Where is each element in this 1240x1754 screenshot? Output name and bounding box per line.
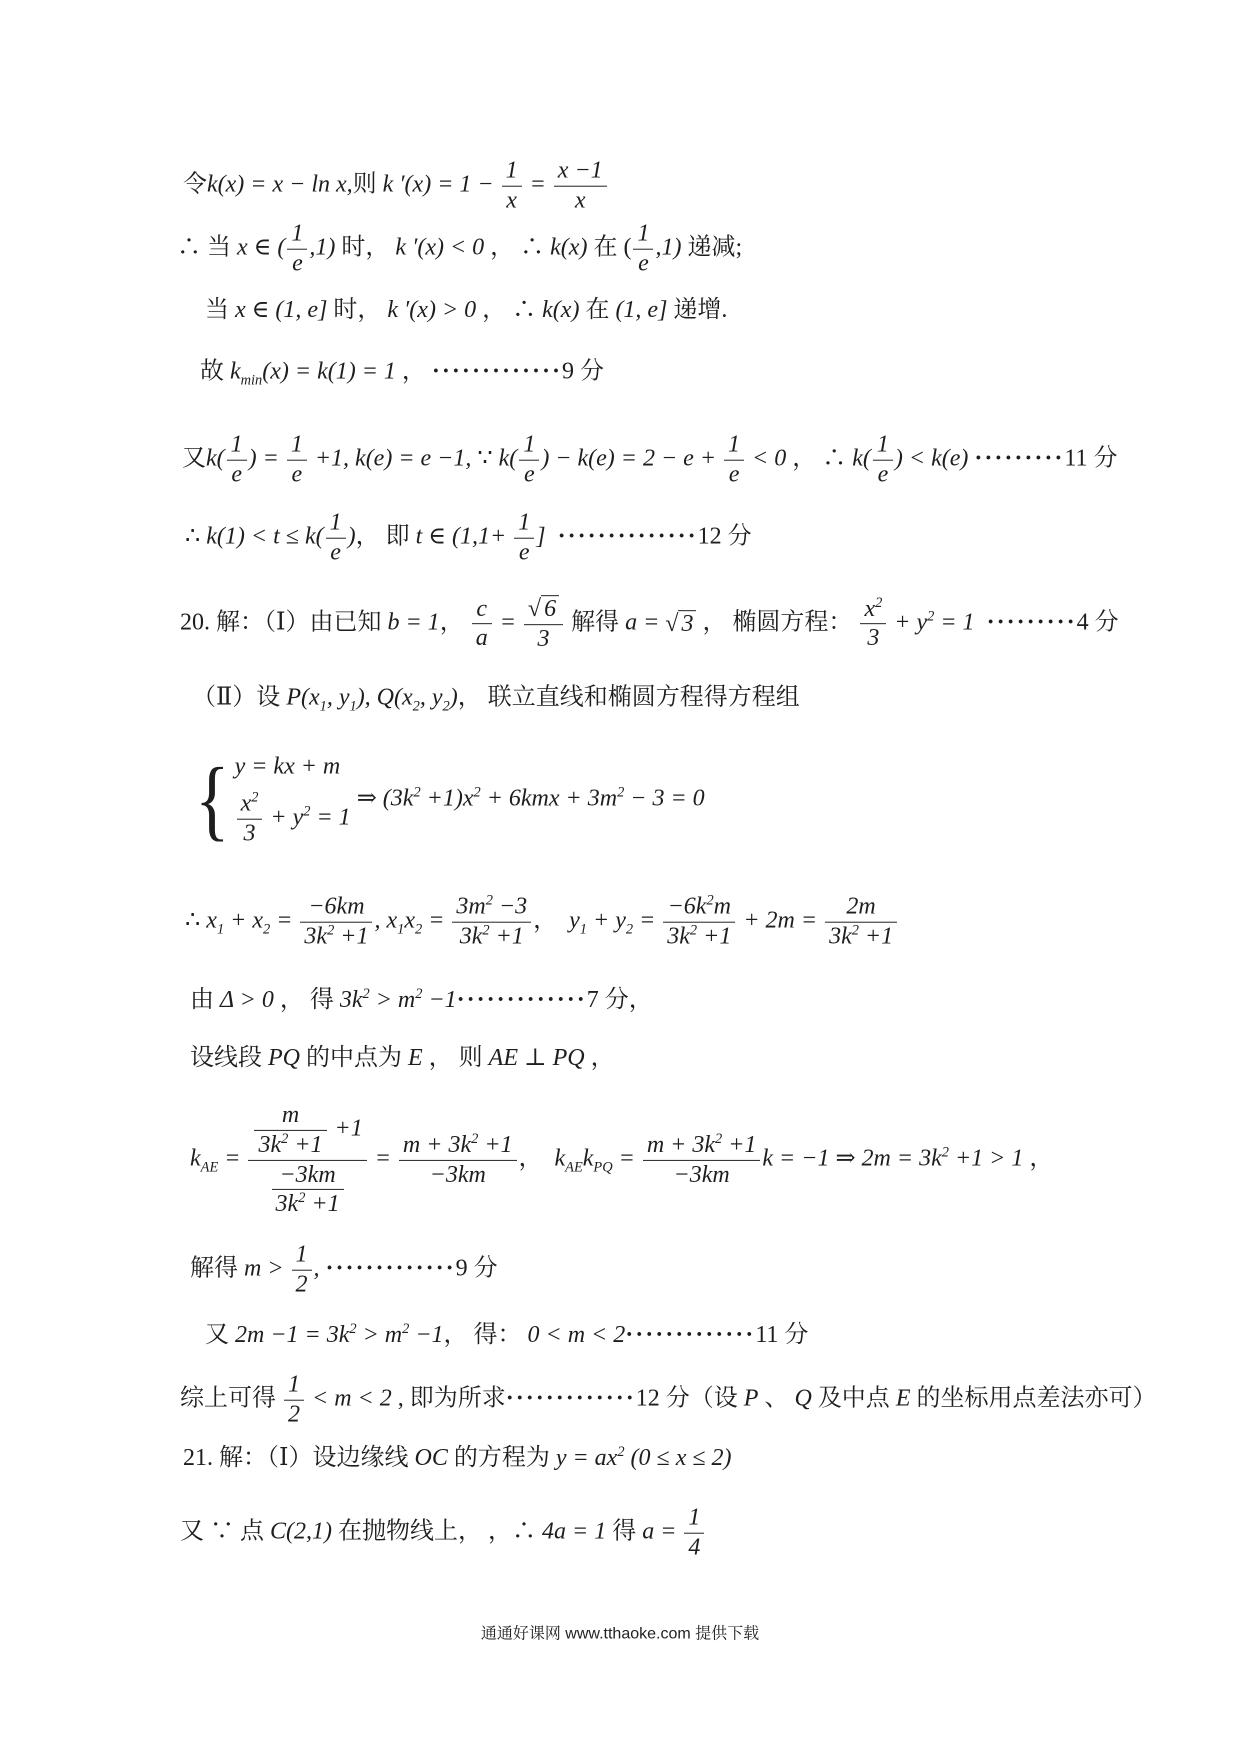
radical-sign: √ bbox=[665, 611, 678, 637]
superscript: 2 bbox=[617, 1444, 624, 1460]
fraction-denominator: −3km bbox=[399, 1160, 517, 1190]
math-italic-text: 1 bbox=[291, 432, 303, 458]
fraction-denominator: e bbox=[287, 249, 307, 279]
math-italic-text: +1 bbox=[334, 924, 368, 950]
subscript: 2 bbox=[443, 698, 450, 714]
math-italic-text: 3k bbox=[340, 987, 363, 1013]
math-italic-text: (x) = k(1) = 1 bbox=[262, 359, 396, 385]
math-line-18: 又 ∵ 点 C(2,1) 在抛物线上， ，∴ 4a = 1 得 a = 14 bbox=[180, 1504, 706, 1563]
plain-text: 9 分 bbox=[562, 359, 604, 385]
math-italic-text: = bbox=[218, 1146, 246, 1172]
fraction-numerator: m bbox=[254, 1101, 326, 1130]
plain-text: ， 联立直线和椭圆方程得方程组 bbox=[458, 685, 800, 711]
math-italic-text: 3 bbox=[867, 626, 879, 652]
math-italic-text: 3k bbox=[829, 924, 852, 950]
fraction: 1e bbox=[517, 431, 541, 490]
math-italic-text: +1)x bbox=[421, 786, 474, 812]
math-italic-text: 1 bbox=[518, 510, 530, 536]
math-italic-text: Q bbox=[794, 1386, 811, 1412]
math-italic-text: , bbox=[314, 1256, 326, 1282]
fraction: 1e bbox=[722, 431, 746, 490]
math-italic-text: k ′(x) = 1 − bbox=[377, 172, 500, 198]
fraction-denominator: 3k2 +1 bbox=[300, 922, 372, 952]
math-line-12: 设线段 PQ 的中点为 E ， 则 AE ⊥ PQ ， bbox=[190, 1043, 615, 1073]
plain-text: 及中点 bbox=[812, 1386, 896, 1412]
math-italic-text: k( bbox=[499, 446, 518, 472]
math-italic-text: + 2m = bbox=[737, 908, 823, 934]
math-italic-text: 6 bbox=[544, 596, 556, 622]
plain-text: 在 ( bbox=[587, 235, 631, 261]
plain-text: 解得 bbox=[565, 610, 625, 636]
math-italic-text: t ∈ (1,1+ bbox=[416, 524, 513, 550]
math-italic-text: k(1) < t ≤ k( bbox=[206, 524, 323, 550]
document-page: 令k(x) = x − ln x,则 k ′(x) = 1 − 1x = x −… bbox=[0, 0, 1240, 1754]
fraction: √63 bbox=[522, 594, 565, 654]
fraction: −3km3k2 +1 bbox=[270, 1161, 346, 1220]
plain-text: ， bbox=[533, 908, 569, 934]
math-italic-text: ] bbox=[536, 524, 557, 550]
math-italic-text: 3m bbox=[456, 894, 485, 920]
math-italic-text: k( bbox=[206, 446, 225, 472]
math-italic-text: c bbox=[476, 596, 487, 622]
fraction-denominator: 2 bbox=[292, 1270, 312, 1300]
math-line-5: 又k(1e) = 1e +1, k(e) = e −1, ∵ k(1e) − k… bbox=[182, 431, 1118, 490]
math-italic-text: x bbox=[864, 596, 875, 622]
plain-text: 当 bbox=[205, 297, 229, 323]
fraction-denominator: e bbox=[724, 460, 744, 490]
math-italic-text: 2m bbox=[846, 894, 875, 920]
math-italic-text: = bbox=[422, 908, 450, 934]
plain-text: 12 分（设 bbox=[636, 1386, 744, 1412]
plain-text: 21. 解：（Ⅰ）设边缘线 bbox=[183, 1445, 414, 1471]
math-italic-text: k bbox=[583, 1146, 594, 1172]
math-italic-text: (1, e] bbox=[615, 297, 667, 323]
plain-text: ， 即 bbox=[356, 524, 416, 550]
plain-text: ， bbox=[1023, 1146, 1053, 1172]
plain-text: ， bbox=[585, 1045, 615, 1071]
math-italic-text: x bbox=[575, 188, 586, 214]
math-italic-text: ,1) bbox=[309, 235, 335, 261]
subscript: min bbox=[241, 372, 263, 388]
fraction-denominator: 3k2 +1 bbox=[825, 922, 897, 952]
math-italic-text: PQ bbox=[268, 1045, 300, 1071]
math-line-17: 21. 解：（Ⅰ）设边缘线 OC 的方程为 y = ax2 (0 ≤ x ≤ 2… bbox=[183, 1443, 732, 1473]
math-italic-text: = bbox=[524, 172, 552, 198]
fraction-numerator: −3km bbox=[272, 1161, 344, 1190]
fraction: −6k2m3k2 +1 bbox=[661, 893, 737, 952]
math-italic-text: = bbox=[494, 610, 522, 636]
math-line-9: {y = kx + mx23 + y2 = 1 ⇒ (3k2 +1)x2 + 6… bbox=[195, 752, 705, 849]
math-italic-text: e bbox=[524, 462, 535, 488]
math-italic-text: , y bbox=[327, 685, 350, 711]
math-italic-text: k bbox=[190, 1146, 201, 1172]
superscript: 2 bbox=[413, 785, 420, 801]
fraction: m3k2 +1 +1−3km3k2 +1 bbox=[246, 1101, 368, 1219]
superscript: 2 bbox=[942, 1145, 949, 1161]
math-italic-text: 3 bbox=[243, 821, 255, 847]
plain-text: 4 分 bbox=[1077, 610, 1119, 636]
math-italic-text: = bbox=[369, 1146, 397, 1172]
fraction-numerator: 1 bbox=[287, 220, 307, 249]
math-line-8: （Ⅱ）设 P(x1, y1), Q(x2, y2)， 联立直线和椭圆方程得方程组 bbox=[192, 683, 800, 716]
math-italic-text: x −1 bbox=[558, 158, 603, 184]
fraction: m + 3k2 +1−3km bbox=[641, 1131, 763, 1190]
math-italic-text: k = −1 ⇒ 2m = 3k bbox=[762, 1146, 941, 1172]
math-italic-text: ), Q(x bbox=[357, 685, 413, 711]
plain-text: 由 bbox=[190, 987, 214, 1013]
math-italic-text: 1 bbox=[330, 510, 342, 536]
math-italic-text: C(2,1) bbox=[270, 1519, 332, 1545]
math-italic-text: +1 bbox=[722, 1132, 756, 1158]
fraction-denominator: e bbox=[227, 460, 247, 490]
fraction-numerator: x −1 bbox=[554, 157, 607, 186]
system-rows: y = kx + mx23 + y2 = 1 bbox=[235, 752, 351, 849]
math-italic-text: AE ⊥ PQ bbox=[489, 1045, 585, 1071]
math-italic-text: k bbox=[555, 1146, 566, 1172]
math-italic-text: m > bbox=[244, 1256, 290, 1282]
radical-sign: √ bbox=[528, 596, 541, 622]
subscript: 2 bbox=[626, 921, 633, 937]
fraction-denominator: 3 bbox=[860, 624, 886, 654]
math-italic-text: Δ > 0 bbox=[214, 987, 274, 1013]
fraction-denominator: 3k2 +1 bbox=[254, 1130, 326, 1160]
math-italic-text: < 0 bbox=[746, 446, 786, 472]
math-italic-text: 1 bbox=[523, 432, 535, 458]
fraction-numerator: −6km bbox=[300, 893, 372, 922]
math-italic-text: a = bbox=[625, 610, 665, 636]
system-row: x23 + y2 = 1 bbox=[235, 790, 351, 849]
math-line-13: kAE = m3k2 +1 +1−3km3k2 +1 = m + 3k2 +1−… bbox=[190, 1101, 1053, 1219]
math-italic-text: −3km bbox=[430, 1162, 486, 1188]
superscript: 2 bbox=[875, 595, 882, 611]
math-italic-text: k(x) bbox=[550, 235, 587, 261]
math-italic-text: +1 bbox=[288, 1132, 322, 1158]
math-italic-text: 3k bbox=[304, 924, 327, 950]
math-italic-text: 1 bbox=[231, 432, 243, 458]
math-italic-text: −3km bbox=[674, 1162, 730, 1188]
math-italic-text: 3 bbox=[681, 611, 693, 637]
math-italic-text: +1 bbox=[305, 1191, 339, 1217]
fraction-numerator: 1 bbox=[292, 1241, 312, 1270]
math-italic-text: 2m −1 = 3k bbox=[235, 1322, 349, 1348]
fraction-denominator: 3k2 +1 bbox=[663, 922, 735, 952]
fraction: ca bbox=[470, 595, 494, 654]
superscript: 2 bbox=[482, 923, 489, 939]
math-italic-text: > m bbox=[370, 987, 416, 1013]
fraction-numerator: c bbox=[472, 595, 492, 624]
dot-leader: ············· bbox=[506, 1386, 636, 1412]
fraction: 1e bbox=[285, 220, 309, 279]
plain-text: 20. 解：（Ⅰ）由已知 bbox=[180, 610, 387, 636]
math-italic-text: e bbox=[292, 462, 303, 488]
math-italic-text: , y bbox=[420, 685, 443, 711]
math-italic-text: ,1) bbox=[655, 235, 681, 261]
math-italic-text: e bbox=[231, 462, 242, 488]
math-italic-text: y = ax bbox=[556, 1445, 618, 1471]
plain-text: 则 bbox=[353, 172, 377, 198]
math-italic-text: 2 bbox=[288, 1402, 300, 1428]
fraction-denominator: a bbox=[472, 624, 492, 654]
math-italic-text: m bbox=[714, 894, 731, 920]
math-line-15: 又 2m −1 = 3k2 > m2 −1， 得： 0 < m < 2·····… bbox=[205, 1320, 808, 1350]
radicand: 3 bbox=[678, 610, 696, 637]
superscript: 2 bbox=[363, 986, 370, 1002]
plain-text: 解得 bbox=[190, 1256, 244, 1282]
system-brace: { bbox=[195, 755, 230, 845]
math-italic-text: e bbox=[729, 462, 740, 488]
math-italic-text: −1 bbox=[422, 987, 456, 1013]
math-italic-text: 1 bbox=[637, 221, 649, 247]
math-line-1: 令k(x) = x − ln x,则 k ′(x) = 1 − 1x = x −… bbox=[183, 157, 609, 216]
fraction-numerator: 2m bbox=[825, 893, 897, 922]
plain-text: 令 bbox=[183, 172, 207, 198]
math-italic-text: 3k bbox=[258, 1132, 281, 1158]
math-italic-text: −1 bbox=[409, 1322, 443, 1348]
plain-text: ， ∴ bbox=[484, 235, 550, 261]
math-italic-text: +1 bbox=[329, 1116, 363, 1142]
page-footer-text: 通通好课网 www.tthaoke.com 提供下载 bbox=[0, 1621, 1240, 1644]
plain-text: 得 bbox=[606, 1519, 642, 1545]
fraction-numerator: −6k2m bbox=[663, 893, 735, 922]
fraction: x23 bbox=[235, 790, 265, 849]
superscript: 2 bbox=[706, 893, 713, 909]
superscript: 2 bbox=[251, 790, 258, 806]
math-italic-text: 0 < m < 2 bbox=[528, 1322, 626, 1348]
math-italic-text: x bbox=[506, 188, 517, 214]
math-line-11: 由 Δ > 0 ， 得 3k2 > m2 −1·············7 分， bbox=[190, 985, 653, 1015]
math-line-2: ∴ 当 x ∈ (1e,1) 时， k ′(x) < 0 ， ∴ k(x) 在 … bbox=[177, 220, 742, 279]
subscript: AE bbox=[201, 1159, 219, 1175]
math-italic-text: x ∈ (1, e] bbox=[229, 297, 327, 323]
plain-text: ， ∴ bbox=[476, 297, 542, 323]
fraction-numerator: 1 bbox=[502, 157, 522, 186]
dot-leader: ············· bbox=[457, 987, 587, 1013]
math-italic-text: +1 bbox=[697, 924, 731, 950]
plain-text: 设线段 bbox=[190, 1045, 268, 1071]
math-italic-text: x ∈ ( bbox=[231, 235, 285, 261]
plain-text: ， 得： bbox=[444, 1322, 528, 1348]
math-italic-text: k ′(x) < 0 bbox=[395, 235, 484, 261]
fraction-denominator: 3 bbox=[524, 624, 563, 654]
fraction-denominator: e bbox=[519, 460, 539, 490]
fraction: 1e bbox=[631, 220, 655, 279]
math-italic-text: E bbox=[896, 1386, 911, 1412]
equation-system: {y = kx + mx23 + y2 = 1 bbox=[195, 752, 351, 849]
math-italic-text: − 3 = 0 bbox=[624, 786, 704, 812]
fraction-numerator: m + 3k2 +1 bbox=[399, 1131, 517, 1160]
math-italic-text: + y bbox=[264, 805, 303, 831]
plain-text: （Ⅱ）设 bbox=[192, 685, 286, 711]
math-italic-text: +1 > 1 bbox=[949, 1146, 1023, 1172]
square-root: √3 bbox=[665, 609, 696, 639]
math-italic-text: e bbox=[330, 540, 341, 566]
math-italic-text: (0 ≤ x ≤ 2) bbox=[625, 1445, 732, 1471]
math-italic-text: 2 bbox=[296, 1272, 308, 1298]
plain-text: 又 bbox=[182, 446, 206, 472]
fraction-denominator: −3km3k2 +1 bbox=[248, 1160, 366, 1220]
math-italic-text: b = 1 bbox=[387, 610, 439, 636]
math-italic-text: x bbox=[241, 791, 252, 817]
fraction: −6km3k2 +1 bbox=[298, 893, 374, 952]
fraction-denominator: e bbox=[326, 538, 346, 568]
fraction-denominator: x bbox=[554, 186, 607, 216]
math-italic-text: m + 3k bbox=[403, 1132, 471, 1158]
fraction-denominator: x bbox=[502, 186, 522, 216]
math-italic-text: = bbox=[633, 908, 661, 934]
fraction-denominator: e bbox=[287, 460, 307, 490]
plain-text: ∴ bbox=[185, 908, 206, 934]
plain-text: 递减; bbox=[681, 235, 742, 261]
math-italic-text: ⇒ (3k bbox=[351, 786, 414, 812]
fraction-denominator: 3 bbox=[237, 819, 263, 849]
fraction: 14 bbox=[682, 1504, 706, 1563]
math-line-10: ∴ x1 + x2 = −6km3k2 +1, x1x2 = 3m2 −33k2… bbox=[185, 893, 899, 952]
math-italic-text: 3k bbox=[460, 924, 483, 950]
system-row: y = kx + m bbox=[235, 752, 351, 782]
fraction-denominator: 3k2 +1 bbox=[452, 922, 531, 952]
fraction: 2m3k2 +1 bbox=[823, 893, 899, 952]
plain-text: 12 分 bbox=[698, 524, 752, 550]
fraction-denominator: −3km bbox=[643, 1160, 761, 1190]
plain-text: 时， bbox=[327, 297, 387, 323]
plain-text: ， 得 bbox=[274, 987, 340, 1013]
math-italic-text: ) bbox=[348, 524, 356, 550]
plain-text: , 即为所求 bbox=[398, 1386, 506, 1412]
fraction: 3m2 −33k2 +1 bbox=[450, 893, 533, 952]
plain-text: 时， bbox=[335, 235, 395, 261]
math-italic-text: x bbox=[404, 908, 415, 934]
superscript: 2 bbox=[486, 893, 493, 909]
math-italic-text: + y bbox=[888, 610, 927, 636]
plain-text: 的方程为 bbox=[448, 1445, 556, 1471]
math-italic-text: k(x) = x − ln x, bbox=[207, 172, 353, 198]
plain-text: 的中点为 bbox=[300, 1045, 408, 1071]
plain-text: 9 分 bbox=[456, 1256, 498, 1282]
plain-text: ∴ bbox=[185, 524, 206, 550]
square-root: √6 bbox=[528, 595, 559, 624]
math-italic-text: = 1 bbox=[934, 610, 986, 636]
fraction-numerator: 3m2 −3 bbox=[452, 893, 531, 922]
fraction-numerator: x2 bbox=[237, 790, 263, 819]
math-italic-text: y bbox=[569, 908, 580, 934]
dot-leader: ············· bbox=[326, 1256, 456, 1282]
math-line-16: 综上可得 12 < m < 2 , 即为所求·············12 分（… bbox=[180, 1371, 1156, 1430]
plain-text: 递增. bbox=[667, 297, 727, 323]
math-italic-text: e bbox=[878, 462, 889, 488]
fraction-denominator: 3k2 +1 bbox=[272, 1189, 344, 1219]
subscript: AE bbox=[565, 1159, 583, 1175]
math-italic-text: y = kx + m bbox=[235, 754, 341, 780]
fraction: x23 bbox=[858, 595, 888, 654]
math-italic-text: k(x) bbox=[542, 297, 579, 323]
fraction: m3k2 +1 bbox=[252, 1101, 328, 1160]
math-italic-text: 1 bbox=[877, 432, 889, 458]
math-line-14: 解得 m > 12, ·············9 分 bbox=[190, 1241, 498, 1300]
superscript: 2 bbox=[852, 923, 859, 939]
plain-text: 在抛物线上， ，∴ bbox=[332, 1519, 542, 1545]
math-italic-text: k bbox=[224, 359, 241, 385]
plain-text: 、 bbox=[758, 1386, 794, 1412]
fraction: 1e bbox=[871, 431, 895, 490]
math-italic-text: −6km bbox=[308, 894, 364, 920]
math-italic-text: = bbox=[613, 1146, 641, 1172]
math-italic-text: 3 bbox=[537, 626, 549, 652]
plain-text: ∴ 当 bbox=[177, 235, 231, 261]
fraction-numerator: 1 bbox=[284, 1371, 304, 1400]
fraction-numerator: 1 bbox=[514, 509, 534, 538]
math-italic-text: OC bbox=[414, 1445, 447, 1471]
math-italic-text: + x bbox=[224, 908, 263, 934]
fraction: 1e bbox=[285, 431, 309, 490]
math-line-6: ∴ k(1) < t ≤ k(1e)， 即 t ∈ (1,1+ 1e] ····… bbox=[185, 509, 752, 568]
fraction-numerator: 1 bbox=[326, 509, 346, 538]
subscript: 1 bbox=[580, 921, 587, 937]
math-italic-text: e bbox=[638, 251, 649, 277]
fraction-numerator: √6 bbox=[524, 594, 563, 624]
dot-leader: ············· bbox=[432, 359, 562, 385]
math-italic-text: +1 bbox=[478, 1132, 512, 1158]
fraction-numerator: 1 bbox=[287, 431, 307, 460]
fraction-numerator: 1 bbox=[684, 1504, 704, 1533]
fraction: x −1x bbox=[552, 157, 609, 216]
dot-leader: ·············· bbox=[558, 524, 698, 550]
fraction: 1e bbox=[225, 431, 249, 490]
math-italic-text: 1 bbox=[296, 1242, 308, 1268]
subscript: 2 bbox=[413, 698, 420, 714]
fraction: 12 bbox=[282, 1371, 306, 1430]
plain-text: ， bbox=[396, 359, 432, 385]
math-italic-text: P(x bbox=[286, 685, 319, 711]
plain-text: 11 分 bbox=[1064, 446, 1117, 472]
fraction-numerator: 1 bbox=[873, 431, 893, 460]
fraction-denominator: 2 bbox=[284, 1400, 304, 1430]
math-italic-text: ) − k(e) = 2 − e + bbox=[541, 446, 722, 472]
math-italic-text: ) < k(e) bbox=[895, 446, 974, 472]
math-italic-text: = 1 bbox=[310, 805, 350, 831]
math-italic-text: P bbox=[744, 1386, 759, 1412]
subscript: 1 bbox=[320, 698, 327, 714]
fraction: 12 bbox=[290, 1241, 314, 1300]
plain-text: ， bbox=[519, 1146, 555, 1172]
math-italic-text: ) bbox=[450, 685, 458, 711]
subscript: PQ bbox=[593, 1159, 612, 1175]
math-italic-text: , x bbox=[374, 908, 397, 934]
math-italic-text: x bbox=[206, 908, 217, 934]
dot-leader: ············· bbox=[625, 1322, 755, 1348]
math-italic-text: −3km bbox=[279, 1162, 335, 1188]
fraction: 1x bbox=[500, 157, 524, 216]
math-italic-text: 4a = 1 bbox=[542, 1519, 606, 1545]
plain-text: 故 bbox=[200, 359, 224, 385]
fraction-denominator: e bbox=[633, 249, 653, 279]
fraction-numerator: 1 bbox=[519, 431, 539, 460]
fraction-numerator: m + 3k2 +1 bbox=[643, 1131, 761, 1160]
math-italic-text: 1 bbox=[288, 1372, 300, 1398]
math-italic-text: 1 bbox=[291, 221, 303, 247]
math-italic-text: + 6kmx + 3m bbox=[481, 786, 617, 812]
fraction: m + 3k2 +1−3km bbox=[397, 1131, 519, 1190]
math-line-4: 故 kmin(x) = k(1) = 1 ， ·············9 分 bbox=[200, 357, 604, 390]
fraction: 1e bbox=[512, 509, 536, 568]
fraction-numerator: m3k2 +1 +1 bbox=[248, 1101, 366, 1160]
math-italic-text: e bbox=[519, 540, 530, 566]
math-italic-text: 4 bbox=[688, 1535, 700, 1561]
fraction-denominator: 4 bbox=[684, 1533, 704, 1563]
math-italic-text: > m bbox=[357, 1322, 403, 1348]
plain-text: ， 则 bbox=[423, 1045, 489, 1071]
math-italic-text: E bbox=[408, 1045, 423, 1071]
math-italic-text: e bbox=[292, 251, 303, 277]
